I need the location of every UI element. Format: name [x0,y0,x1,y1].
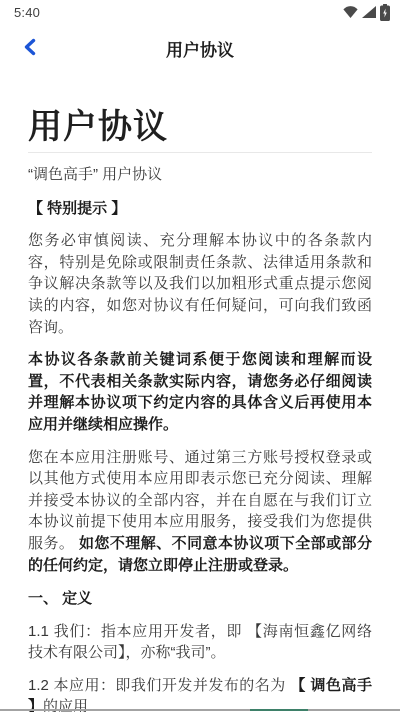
status-time: 5:40 [14,5,40,20]
status-icons [343,4,390,21]
horizontal-scrollbar-track [0,709,400,711]
paragraph-acceptance: 您在本应用注册账号、通过第三方账号授权登录或以其他方式使用本应用即表示您已充分阅… [28,447,372,577]
chevron-left-icon [21,37,39,60]
page-title: 用户协议 [28,106,372,148]
wifi-icon [343,6,358,18]
agreement-subtitle: “调色高手” 用户协议 [28,164,372,186]
paragraph-1-2: 1.2 本应用：即我们开发并发布的名为 【 调色高手 】的应用 [28,675,372,712]
paragraph-1-2-prefix: 1.2 本应用：即我们开发并发布的名为 [28,677,290,694]
section-1-heading: 一、 定义 [28,588,372,610]
cellular-signal-icon [362,6,376,18]
status-bar: 5:40 [0,0,400,24]
paragraph-keywords-notice: 本协议各条款前关键词系便于您阅读和理解而设置，不代表相关条款实际内容，请您务必仔… [28,349,372,435]
horizontal-scrollbar-thumb[interactable] [250,709,308,711]
paragraph-read-carefully: 您务必审慎阅读、充分理解本协议中的各条款内容，特别是免除或限制责任条款、法律适用… [28,230,372,338]
app-screen: 5:40 [0,0,400,712]
paragraph-1-1: 1.1 我们：指本应用开发者，即 【海南恒鑫亿网络技术有限公司】，亦称“我司”。 [28,621,372,664]
header-title: 用户协议 [166,36,234,61]
special-notice-heading: 【 特别提示 】 [28,198,372,220]
title-divider [28,152,372,153]
back-button[interactable] [16,34,44,62]
paragraph-acceptance-bold: 如您不理解、不同意本协议项下全部或部分的任何约定，请您立即停止注册或登录。 [28,535,372,574]
agreement-scroll-area[interactable]: 用户协议 “调色高手” 用户协议 【 特别提示 】 您务必审慎阅读、充分理解本协… [0,106,400,712]
app-header: 用户协议 [0,24,400,72]
battery-charging-icon [380,4,390,21]
